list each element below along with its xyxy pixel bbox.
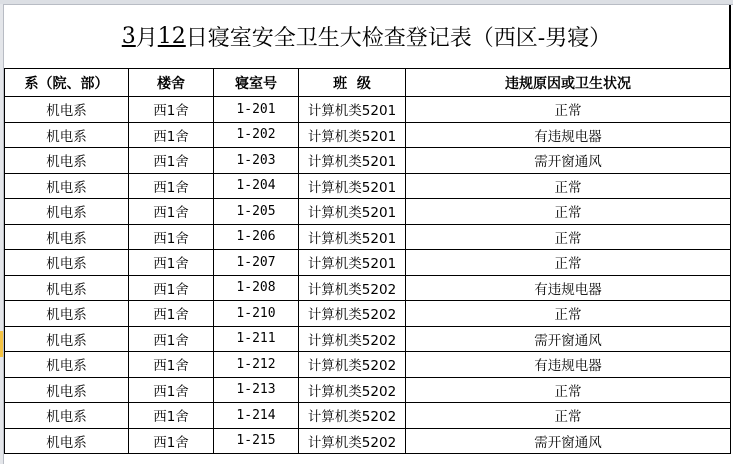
class-cell[interactable]: 计算机类5202 <box>299 326 406 352</box>
room-cell[interactable]: 1-205 <box>214 199 299 225</box>
building-cell[interactable]: 西1舍 <box>129 148 214 174</box>
status-cell[interactable]: 正常 <box>406 301 731 327</box>
status-cell[interactable]: 需开窗通风 <box>406 326 731 352</box>
building-cell[interactable]: 西1舍 <box>129 377 214 403</box>
header-dept[interactable]: 系（院、部） <box>5 69 129 97</box>
title-rest: 日寝室安全卫生大检查登记表（西区-男寝） <box>186 21 611 52</box>
table-row: 机电系西1舍1-207计算机类5201正常 <box>5 250 731 276</box>
class-cell[interactable]: 计算机类5201 <box>299 224 406 250</box>
dept-cell[interactable]: 机电系 <box>5 173 129 199</box>
building-cell[interactable]: 西1舍 <box>129 173 214 199</box>
class-cell[interactable]: 计算机类5202 <box>299 352 406 378</box>
table-row: 机电系西1舍1-203计算机类5201需开窗通风 <box>5 148 731 174</box>
status-cell[interactable]: 有违规电器 <box>406 122 731 148</box>
status-cell[interactable]: 正常 <box>406 403 731 429</box>
building-cell[interactable]: 西1舍 <box>129 250 214 276</box>
status-cell[interactable]: 正常 <box>406 173 731 199</box>
table-row: 机电系西1舍1-214计算机类5202正常 <box>5 403 731 429</box>
room-cell[interactable]: 1-213 <box>214 377 299 403</box>
title-day: 12 <box>158 24 186 49</box>
room-cell[interactable]: 1-201 <box>214 97 299 123</box>
room-cell[interactable]: 1-202 <box>214 122 299 148</box>
building-cell[interactable]: 西1舍 <box>129 428 214 454</box>
class-cell[interactable]: 计算机类5201 <box>299 173 406 199</box>
status-cell[interactable]: 正常 <box>406 224 731 250</box>
room-cell[interactable]: 1-214 <box>214 403 299 429</box>
room-cell[interactable]: 1-207 <box>214 250 299 276</box>
table-row: 机电系西1舍1-210计算机类5202正常 <box>5 301 731 327</box>
building-cell[interactable]: 西1舍 <box>129 122 214 148</box>
class-cell[interactable]: 计算机类5201 <box>299 250 406 276</box>
header-building[interactable]: 楼舍 <box>129 69 214 97</box>
building-cell[interactable]: 西1舍 <box>129 403 214 429</box>
room-cell[interactable]: 1-212 <box>214 352 299 378</box>
class-cell[interactable]: 计算机类5201 <box>299 97 406 123</box>
dept-cell[interactable]: 机电系 <box>5 326 129 352</box>
dept-cell[interactable]: 机电系 <box>5 199 129 225</box>
status-cell[interactable]: 需开窗通风 <box>406 148 731 174</box>
status-cell[interactable]: 正常 <box>406 250 731 276</box>
header-room[interactable]: 寝室号 <box>214 69 299 97</box>
dept-cell[interactable]: 机电系 <box>5 403 129 429</box>
status-cell[interactable]: 正常 <box>406 377 731 403</box>
inspection-table: 系（院、部） 楼舍 寝室号 班 级 违规原因或卫生状况 机电系西1舍1-201计… <box>4 68 731 454</box>
status-cell[interactable]: 正常 <box>406 199 731 225</box>
dept-cell[interactable]: 机电系 <box>5 122 129 148</box>
table-row: 机电系西1舍1-204计算机类5201正常 <box>5 173 731 199</box>
dept-cell[interactable]: 机电系 <box>5 97 129 123</box>
class-cell[interactable]: 计算机类5202 <box>299 377 406 403</box>
class-cell[interactable]: 计算机类5202 <box>299 301 406 327</box>
status-cell[interactable]: 有违规电器 <box>406 275 731 301</box>
class-cell[interactable]: 计算机类5201 <box>299 199 406 225</box>
class-cell[interactable]: 计算机类5202 <box>299 403 406 429</box>
status-cell[interactable]: 需开窗通风 <box>406 428 731 454</box>
status-cell[interactable]: 有违规电器 <box>406 352 731 378</box>
room-cell[interactable]: 1-211 <box>214 326 299 352</box>
room-cell[interactable]: 1-206 <box>214 224 299 250</box>
table-row: 机电系西1舍1-205计算机类5201正常 <box>5 199 731 225</box>
dept-cell[interactable]: 机电系 <box>5 224 129 250</box>
active-row-indicator <box>0 331 3 357</box>
sheet-title[interactable]: 3月12日寝室安全卫生大检查登记表（西区-男寝） <box>4 5 731 68</box>
class-cell[interactable]: 计算机类5201 <box>299 122 406 148</box>
room-cell[interactable]: 1-210 <box>214 301 299 327</box>
building-cell[interactable]: 西1舍 <box>129 224 214 250</box>
header-row: 系（院、部） 楼舍 寝室号 班 级 违规原因或卫生状况 <box>5 69 731 97</box>
header-status[interactable]: 违规原因或卫生状况 <box>406 69 731 97</box>
table-row: 机电系西1舍1-213计算机类5202正常 <box>5 377 731 403</box>
room-cell[interactable]: 1-203 <box>214 148 299 174</box>
building-cell[interactable]: 西1舍 <box>129 97 214 123</box>
dept-cell[interactable]: 机电系 <box>5 301 129 327</box>
building-cell[interactable]: 西1舍 <box>129 275 214 301</box>
dept-cell[interactable]: 机电系 <box>5 377 129 403</box>
room-cell[interactable]: 1-215 <box>214 428 299 454</box>
dept-cell[interactable]: 机电系 <box>5 428 129 454</box>
class-cell[interactable]: 计算机类5202 <box>299 275 406 301</box>
table-row: 机电系西1舍1-206计算机类5201正常 <box>5 224 731 250</box>
dept-cell[interactable]: 机电系 <box>5 148 129 174</box>
table-row: 机电系西1舍1-215计算机类5202需开窗通风 <box>5 428 731 454</box>
title-month-suffix: 月 <box>136 21 158 52</box>
dept-cell[interactable]: 机电系 <box>5 250 129 276</box>
building-cell[interactable]: 西1舍 <box>129 326 214 352</box>
table-row: 机电系西1舍1-212计算机类5202有违规电器 <box>5 352 731 378</box>
dept-cell[interactable]: 机电系 <box>5 352 129 378</box>
building-cell[interactable]: 西1舍 <box>129 352 214 378</box>
table-row: 机电系西1舍1-208计算机类5202有违规电器 <box>5 275 731 301</box>
building-cell[interactable]: 西1舍 <box>129 199 214 225</box>
table-row: 机电系西1舍1-202计算机类5201有违规电器 <box>5 122 731 148</box>
table-row: 机电系西1舍1-201计算机类5201正常 <box>5 97 731 123</box>
room-cell[interactable]: 1-204 <box>214 173 299 199</box>
title-month: 3 <box>122 24 136 49</box>
building-cell[interactable]: 西1舍 <box>129 301 214 327</box>
header-class[interactable]: 班 级 <box>299 69 406 97</box>
class-cell[interactable]: 计算机类5201 <box>299 148 406 174</box>
dept-cell[interactable]: 机电系 <box>5 275 129 301</box>
class-cell[interactable]: 计算机类5202 <box>299 428 406 454</box>
table-row: 机电系西1舍1-211计算机类5202需开窗通风 <box>5 326 731 352</box>
room-cell[interactable]: 1-208 <box>214 275 299 301</box>
status-cell[interactable]: 正常 <box>406 97 731 123</box>
spreadsheet: 3月12日寝室安全卫生大检查登记表（西区-男寝） 系（院、部） 楼舍 寝室号 班… <box>4 5 731 454</box>
